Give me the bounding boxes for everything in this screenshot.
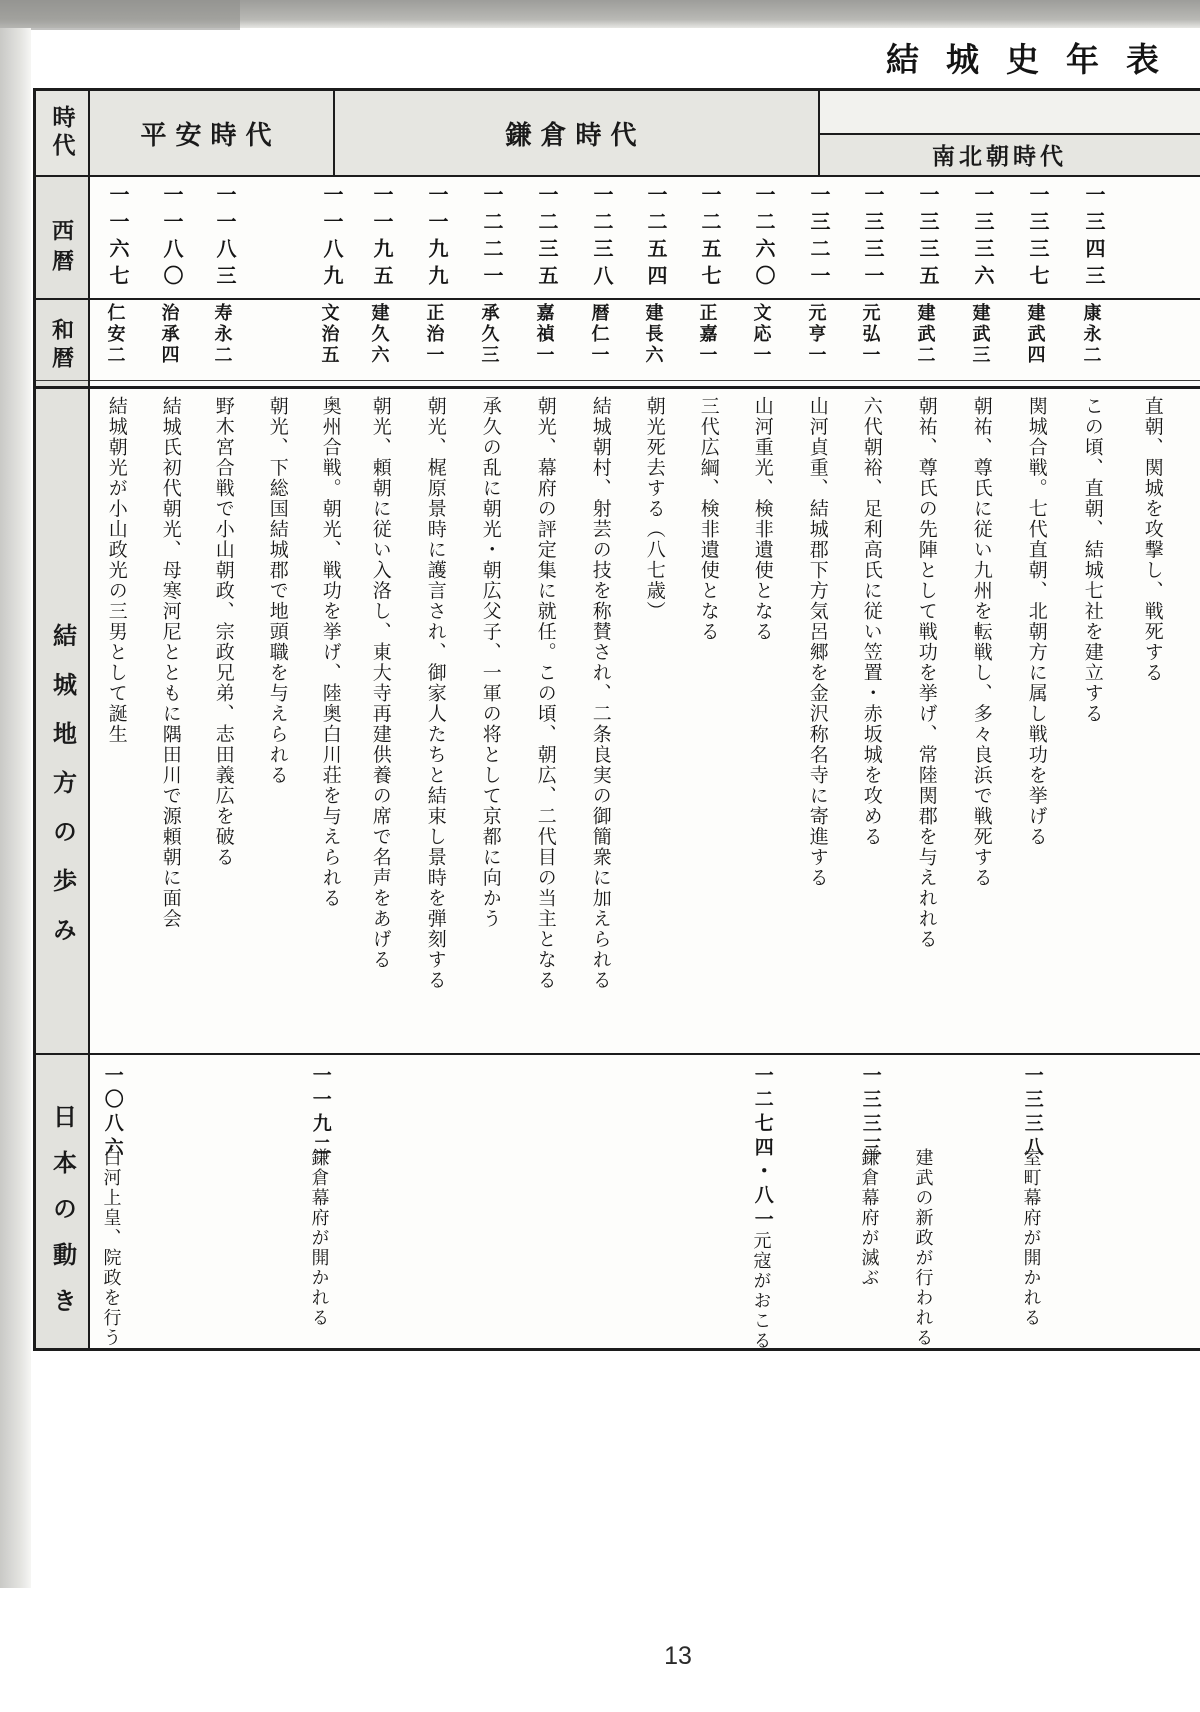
seireki-year-row: 一三四三一三三七一三三六一三三五一三三一一三二一一二六〇一二五七一二五四一二三八… bbox=[88, 175, 1200, 298]
rule-below-seireki bbox=[36, 298, 1200, 300]
divider-kamakura-nanbokucho bbox=[818, 91, 820, 175]
rule-below-body bbox=[36, 1053, 1200, 1055]
yuki-history-row: 直朝、関城を攻撃し、戦死するこの頃、直朝、結城七社を建立する関城合戦。七代直朝、… bbox=[88, 386, 1200, 1053]
era-cell-heian: 平安時代 bbox=[88, 91, 333, 175]
era-nanbokucho-label: 南北朝時代 bbox=[932, 138, 1067, 171]
seireki-year: 一三四三 bbox=[1080, 184, 1105, 292]
yuki-event-text: 朝光死去する（八七歳） bbox=[642, 396, 666, 622]
wareki-era: 建武二 bbox=[914, 303, 937, 366]
japan-event-year: 一二七四・八一 bbox=[750, 1065, 774, 1233]
wareki-era: 寿永二 bbox=[211, 303, 234, 366]
yuki-event-text: この頃、直朝、結城七社を建立する bbox=[1080, 396, 1104, 724]
japan-event-year: 一一九二 bbox=[308, 1065, 332, 1161]
seireki-year: 一一八〇 bbox=[158, 184, 183, 292]
seireki-year: 一二五四 bbox=[642, 184, 667, 292]
seireki-row-label-cell: 西暦 bbox=[36, 175, 88, 298]
seireki-year: 一二五七 bbox=[696, 184, 721, 292]
wareki-era: 嘉禎一 bbox=[533, 303, 556, 366]
wareki-era: 仁安二 bbox=[104, 303, 127, 366]
yuki-event-text: 結城朝村、射芸の技を称賛され、二条良実の御簡衆に加えられる bbox=[588, 396, 612, 991]
wareki-era: 康永二 bbox=[1080, 303, 1103, 366]
yuki-event-text: 関城合戦。七代直朝、北朝方に属し戦功を挙げる bbox=[1024, 396, 1048, 847]
seireki-year: 一一六七 bbox=[104, 184, 129, 292]
wareki-row-label-cell: 和暦 bbox=[36, 298, 88, 386]
seireki-year: 一二三五 bbox=[533, 184, 558, 292]
scan-edge-left bbox=[0, 28, 31, 1588]
era-kamakura-label: 鎌倉時代 bbox=[505, 115, 645, 152]
japan-movement-row-label: 日本の動き bbox=[45, 1053, 80, 1348]
seireki-year: 一二六〇 bbox=[750, 184, 775, 292]
yuki-event-text: 三代広綱、検非遺使となる bbox=[696, 396, 720, 642]
yuki-event-text: 朝光、幕府の評定集に就任。この頃、朝広、二代目の当主となる bbox=[533, 396, 557, 991]
page-number: 13 bbox=[648, 1642, 708, 1671]
wareki-era: 正嘉一 bbox=[696, 303, 719, 366]
japan-movement-row: 一三三八室町幕府が開かれる建武の新政が行われる一三三三鎌倉幕府が滅ぶ一二七四・八… bbox=[88, 1053, 1200, 1348]
yuki-event-text: 山河重光、検非遺使となる bbox=[750, 396, 774, 642]
yuki-event-text: 六代朝裕、足利高氏に従い笠置・赤坂城を攻める bbox=[859, 396, 883, 847]
rule-nanbokucho-subheader bbox=[820, 133, 1200, 135]
rule-below-era-header bbox=[36, 175, 1200, 177]
divider-row-labels bbox=[88, 91, 90, 1348]
wareki-era: 治承四 bbox=[158, 303, 181, 366]
era-heian-label: 平安時代 bbox=[140, 115, 280, 152]
yuki-event-text: 朝祐、尊氏の先陣として戦功を挙げ、常陸関郡を与えれれる bbox=[914, 396, 938, 950]
seireki-year: 一一八九 bbox=[318, 184, 343, 292]
seireki-year: 一三三一 bbox=[859, 184, 884, 292]
era-row-label: 時代 bbox=[46, 105, 79, 161]
page-title-text: 結城史年表 bbox=[886, 43, 1186, 79]
yuki-event-text: 奥州合戦。朝光、戦功を挙げ、陸奥白川荘を与えられる bbox=[318, 396, 342, 909]
yuki-event-text: 直朝、関城を攻撃し、戦死する bbox=[1140, 396, 1164, 683]
era-header-upper-right-cell bbox=[820, 91, 1200, 133]
yuki-history-row-label-cell: 結城地方の歩み bbox=[36, 386, 88, 1053]
divider-heian-kamakura bbox=[333, 91, 335, 175]
seireki-year: 一二三八 bbox=[588, 184, 613, 292]
wareki-era: 元亨一 bbox=[805, 303, 828, 366]
seireki-row-label: 西暦 bbox=[47, 175, 78, 298]
yuki-event-text: 結城氏初代朝光、母寒河尼とともに隅田川で源頼朝に面会 bbox=[158, 396, 182, 929]
seireki-year: 一三三七 bbox=[1024, 184, 1049, 292]
scanned-document-page: { "page": { "title": "結城史年表", "page_numb… bbox=[0, 0, 1200, 1712]
wareki-era: 暦仁一 bbox=[588, 303, 611, 366]
japan-event-text: 建武の新政が行われる bbox=[912, 1148, 935, 1348]
japan-event-text: 鎌倉幕府が滅ぶ bbox=[858, 1148, 881, 1288]
wareki-era: 建武四 bbox=[1024, 303, 1047, 366]
wareki-era: 建武三 bbox=[969, 303, 992, 366]
wareki-era: 建長六 bbox=[642, 303, 665, 366]
yuki-event-text: 朝光、梶原景時に護言され、御家人たちと結束し景時を弾刻する bbox=[423, 396, 447, 991]
rule-below-wareki bbox=[36, 386, 1200, 389]
yuki-event-text: 朝光、頼朝に従い入洛し、東大寺再建供養の席で名声をあげる bbox=[368, 396, 392, 970]
era-cell-nanbokucho: 南北朝時代 bbox=[820, 133, 1200, 175]
seireki-year: 一三二一 bbox=[805, 184, 830, 292]
japan-event-year: 一三三八 bbox=[1020, 1065, 1044, 1161]
yuki-event-text: 山河貞重、結城郡下方気呂郷を金沢称名寺に寄進する bbox=[805, 396, 829, 888]
scan-edge-top-corner bbox=[0, 0, 240, 30]
wareki-era-row: 康永二建武四建武三建武二元弘一元亨一文応一正嘉一建長六暦仁一嘉禎一承久三正治一建… bbox=[88, 298, 1200, 386]
wareki-era: 建久六 bbox=[368, 303, 391, 366]
wareki-era: 文治五 bbox=[318, 303, 341, 366]
japan-event-year: 一三三三 bbox=[858, 1065, 882, 1161]
seireki-year: 一三三六 bbox=[969, 184, 994, 292]
wareki-era: 元弘一 bbox=[859, 303, 882, 366]
japan-event-text: 鎌倉幕府が開かれる bbox=[308, 1148, 331, 1328]
wareki-era: 正治一 bbox=[423, 303, 446, 366]
seireki-year: 一二二一 bbox=[478, 184, 503, 292]
yuki-event-text: 結城朝光が小山政光の三男として誕生 bbox=[104, 396, 128, 745]
yuki-event-text: 承久の乱に朝光・朝広父子、一軍の将として京都に向かう bbox=[478, 396, 502, 929]
yuki-history-row-label: 結城地方の歩み bbox=[45, 386, 80, 1053]
japan-event-year: 一〇八六 bbox=[100, 1065, 124, 1161]
seireki-year: 一一八三 bbox=[211, 184, 236, 292]
page-title: 結城史年表 bbox=[886, 34, 1188, 84]
yuki-event-text: 朝祐、尊氏に従い九州を転戦し、多々良浜で戦死する bbox=[969, 396, 993, 888]
seireki-year: 一一九五 bbox=[368, 184, 393, 292]
wareki-row-label: 和暦 bbox=[47, 298, 78, 386]
era-cell-kamakura: 鎌倉時代 bbox=[333, 91, 818, 175]
yuki-event-text: 野木宮合戦で小山朝政、宗政兄弟、志田義広を破る bbox=[211, 396, 235, 868]
yuki-event-text: 朝光、下総国結城郡で地頭職を与えられる bbox=[265, 396, 289, 786]
era-row-label-cell: 時代 bbox=[36, 91, 88, 175]
wareki-era: 承久三 bbox=[478, 303, 501, 366]
japan-event-text: 白河上皇、院政を行う bbox=[100, 1148, 123, 1348]
seireki-year: 一一九九 bbox=[423, 184, 448, 292]
wareki-era: 文応一 bbox=[750, 303, 773, 366]
japan-movement-row-label-cell: 日本の動き bbox=[36, 1053, 88, 1348]
chronology-table: 時代 平安時代 鎌倉時代 南北朝時代 西暦 和暦 結城地方の歩み 日本の動き 一… bbox=[33, 88, 1200, 1351]
japan-event-text: 室町幕府が開かれる bbox=[1020, 1148, 1043, 1328]
rule-above-body-thin bbox=[36, 380, 1200, 381]
seireki-year: 一三三五 bbox=[914, 184, 939, 292]
japan-event-text: 元寇がおこる bbox=[750, 1231, 773, 1348]
